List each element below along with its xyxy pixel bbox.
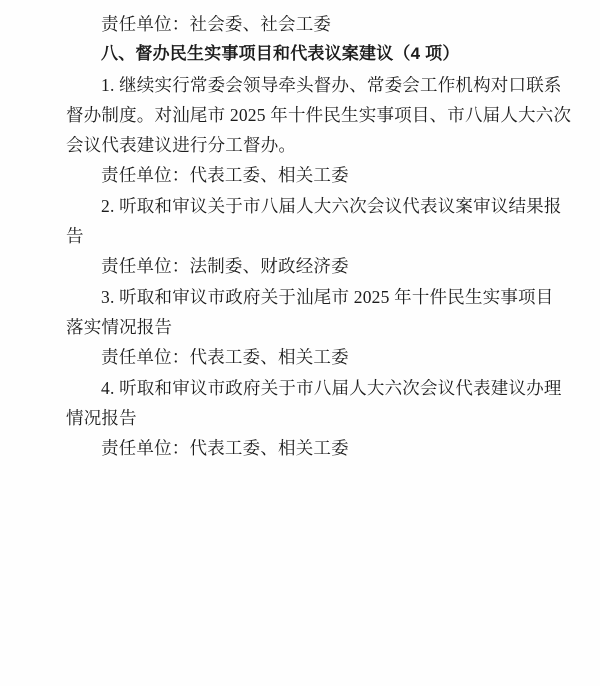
section-8-heading: 八、督办民生实事项目和代表议案建议（4 项） xyxy=(66,39,576,69)
document-text-block: 责任单位：社会委、社会工委 八、督办民生实事项目和代表议案建议（4 项） 1. … xyxy=(66,9,576,463)
item-4-text-line-2: 情况报告 xyxy=(66,403,576,433)
item-4-responsible-unit: 责任单位：代表工委、相关工委 xyxy=(66,433,576,463)
responsible-unit-line: 责任单位：社会委、社会工委 xyxy=(66,9,576,39)
item-3-text-line-1: 3. 听取和审议市政府关于汕尾市 2025 年十件民生实事项目 xyxy=(66,282,576,312)
item-3-responsible-unit: 责任单位：代表工委、相关工委 xyxy=(66,342,576,372)
item-1-text-line-1: 1. 继续实行常委会领导牵头督办、常委会工作机构对口联系 xyxy=(66,70,576,100)
item-2-responsible-unit: 责任单位：法制委、财政经济委 xyxy=(66,251,576,281)
item-2-text-line-1: 2. 听取和审议关于市八届人大六次会议代表议案审议结果报 xyxy=(66,191,576,221)
item-3-text-line-2: 落实情况报告 xyxy=(66,312,576,342)
item-2-text-line-2: 告 xyxy=(66,221,576,251)
item-4-text-line-1: 4. 听取和审议市政府关于市八届人大六次会议代表建议办理 xyxy=(66,373,576,403)
item-1-text-line-3: 会议代表建议进行分工督办。 xyxy=(66,130,576,160)
item-1-responsible-unit: 责任单位：代表工委、相关工委 xyxy=(66,160,576,190)
scanned-document-page: 责任单位：社会委、社会工委 八、督办民生实事项目和代表议案建议（4 项） 1. … xyxy=(0,0,600,686)
item-1-text-line-2: 督办制度。对汕尾市 2025 年十件民生实事项目、市八届人大六次 xyxy=(66,100,576,130)
